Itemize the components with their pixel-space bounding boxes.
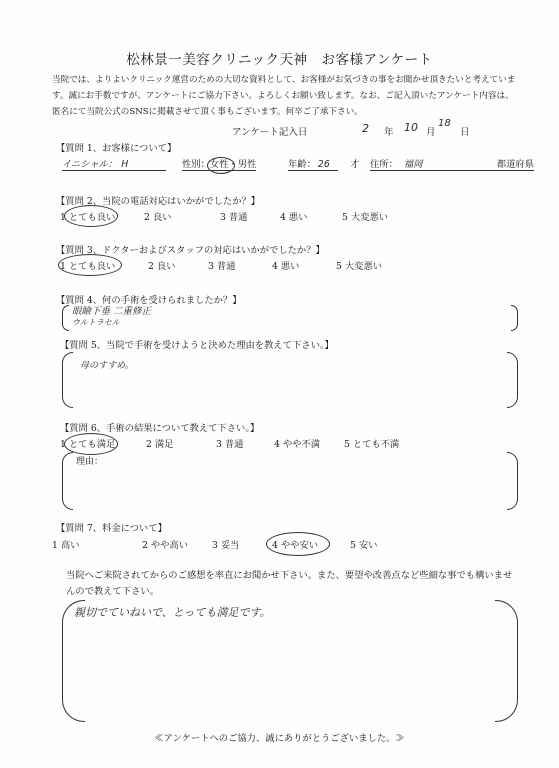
document-title: 松林景一美容クリニック天神 お客様アンケート bbox=[0, 48, 559, 68]
age-unit: 才 bbox=[350, 156, 359, 170]
initial-label: イニシャル： bbox=[62, 159, 117, 170]
comments-answer: 親切でていねいで、とっても満足です。 bbox=[74, 604, 271, 620]
selected-circle bbox=[207, 157, 235, 174]
year-unit: 年 bbox=[384, 124, 394, 138]
thank-you-note: ≪アンケートへのご協力、誠にありがとうございました。≫ bbox=[0, 730, 559, 744]
left-bracket bbox=[62, 452, 73, 510]
survey-date-month-value[interactable]: 10 bbox=[404, 121, 418, 134]
selected-circle bbox=[266, 532, 330, 556]
selected-circle bbox=[58, 254, 122, 276]
q3-options: 1 とても良い 2 良い 3 普通 4 悪い 5 大変悪い bbox=[60, 258, 520, 274]
q6-option-3[interactable]: 3 普通 bbox=[216, 436, 243, 450]
comments-answer-box[interactable]: 親切でていねいで、とっても満足です。 bbox=[62, 600, 518, 722]
survey-date-day-value[interactable]: 18 bbox=[438, 118, 451, 129]
q3-option-3[interactable]: 3 普通 bbox=[208, 258, 235, 272]
age-field[interactable]: 年齢：26 bbox=[288, 156, 338, 171]
q4-answer-line-1: 眼瞼下垂 二重修正 bbox=[72, 303, 151, 317]
q3-option-2[interactable]: 2 良い bbox=[148, 258, 175, 272]
age-value: 26 bbox=[318, 159, 330, 170]
q2-option-2[interactable]: 2 良い bbox=[144, 209, 171, 223]
gender-option-male[interactable]: 男性 bbox=[238, 159, 257, 170]
q7-option-1[interactable]: 1 高い bbox=[52, 537, 79, 551]
comments-prompt: 当院へご来院されてからのご感想を率直にお聞かせ下さい。また、要望や改善点など些細… bbox=[66, 568, 518, 600]
q7-option-5[interactable]: 5 安い bbox=[350, 537, 377, 551]
q5-answer: 母のすすめ。 bbox=[80, 358, 134, 371]
q7-option-3[interactable]: 3 妥当 bbox=[212, 537, 239, 551]
survey-date-year-value[interactable]: 2 bbox=[362, 122, 369, 135]
q6-reason-label: 理由： bbox=[76, 454, 103, 467]
q6-option-2[interactable]: 2 満足 bbox=[146, 436, 173, 450]
q7-options: 1 高い 2 やや高い 3 妥当 4 やや安い 5 安い bbox=[52, 537, 512, 553]
q2-option-4[interactable]: 4 悪い bbox=[280, 209, 307, 223]
q1-heading: 【質問 1、お客様について】 bbox=[56, 140, 176, 154]
right-bracket bbox=[507, 452, 518, 510]
address-value: 福岡 bbox=[404, 159, 423, 170]
survey-date-label: アンケート記入日 bbox=[232, 124, 307, 138]
q4-answer-line-2: ウルトラセル bbox=[72, 317, 120, 328]
gender-field: 性別：女性・男性 bbox=[182, 156, 256, 171]
q2-option-3[interactable]: 3 普通 bbox=[220, 209, 247, 223]
q6-heading: 【質問 6、手術の結果について教えて下さい。】 bbox=[60, 420, 259, 434]
q5-heading: 【質問 5、当院で手術を受けようと決めた理由を教えて下さい。】 bbox=[60, 337, 334, 351]
address-label: 住所： bbox=[370, 159, 398, 170]
left-bracket bbox=[62, 352, 73, 408]
gender-label: 性別： bbox=[182, 159, 210, 170]
month-unit: 月 bbox=[426, 124, 436, 138]
day-unit: 日 bbox=[460, 124, 470, 138]
q6-reason-box[interactable]: 理由： bbox=[62, 452, 518, 510]
q7-option-2[interactable]: 2 やや高い bbox=[142, 537, 188, 551]
age-label: 年齢： bbox=[288, 159, 316, 170]
right-bracket bbox=[507, 352, 518, 408]
initial-value: H bbox=[121, 159, 128, 170]
address-unit: 都道府県 bbox=[497, 156, 534, 170]
right-bracket bbox=[495, 600, 518, 722]
q6-options: 1 とても満足 2 満足 3 普通 4 やや不満 5 とても不満 bbox=[60, 436, 520, 452]
q6-option-4[interactable]: 4 やや不満 bbox=[274, 436, 320, 450]
q2-option-5[interactable]: 5 大変悪い bbox=[342, 209, 388, 223]
address-field[interactable]: 住所：福岡都道府県 bbox=[370, 156, 534, 171]
q1-customer-info: イニシャル：H 性別：女性・男性 年齢：26 才 住所：福岡都道府県 bbox=[62, 156, 532, 172]
q3-option-4[interactable]: 4 悪い bbox=[272, 258, 299, 272]
q7-heading: 【質問 7、料金について】 bbox=[56, 520, 167, 534]
left-bracket bbox=[62, 305, 69, 331]
selected-circle bbox=[64, 205, 118, 227]
initial-field[interactable]: イニシャル：H bbox=[62, 156, 166, 171]
gender-option-female[interactable]: 女性 bbox=[210, 159, 229, 170]
right-bracket bbox=[511, 305, 518, 331]
q5-answer-box[interactable]: 母のすすめ。 bbox=[62, 352, 518, 408]
q4-answer-box[interactable]: 眼瞼下垂 二重修正 ウルトラセル bbox=[58, 303, 518, 331]
q6-option-5[interactable]: 5 とても不満 bbox=[344, 436, 399, 450]
q2-options: 1 とても良い 2 良い 3 普通 4 悪い 5 大変悪い bbox=[60, 209, 520, 225]
q3-option-5[interactable]: 5 大変悪い bbox=[336, 258, 382, 272]
intro-paragraph: 当院では、よりよいクリニック運営のための大切な資料として、お客様がお気づきの事を… bbox=[52, 72, 522, 120]
